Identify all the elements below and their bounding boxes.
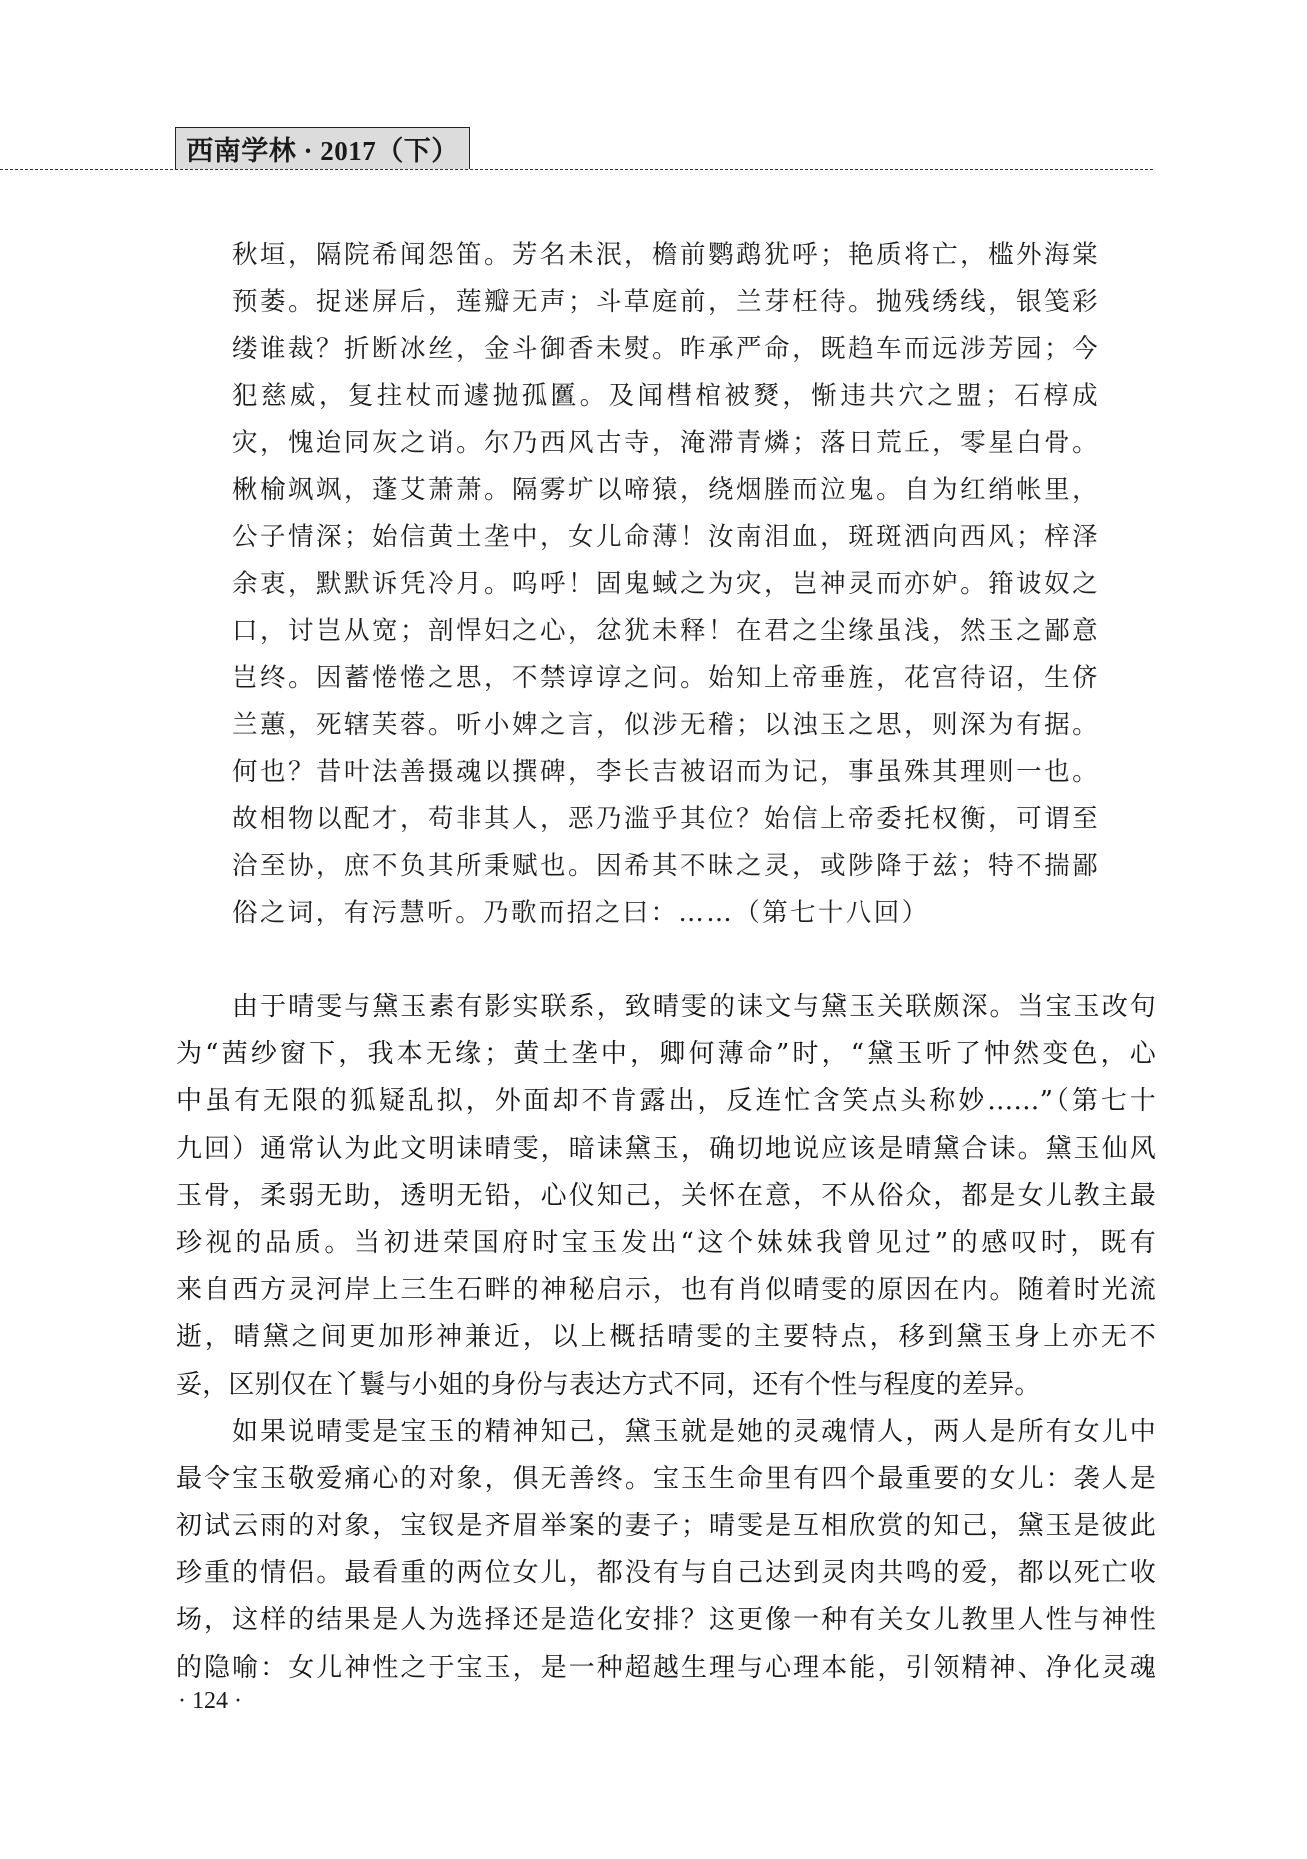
quote-line: 余衷，默默诉凭冷月。呜呼！固鬼蜮之为灾，岂神灵而亦妒。箝诐奴之 (232, 561, 1100, 608)
body-line: 珍视的品质。当初进荣国府时宝玉发出“这个妹妹我曾见过”的感叹时，既有 (176, 1220, 1156, 1267)
body-line: 为“茜纱窗下，我本无缘；黄土垄中，卿何薄命”时，“黛玉听了忡然变色，心 (176, 1031, 1156, 1078)
quote-line: 楸榆飒飒，蓬艾萧萧。隔雾圹以啼猿，绕烟塍而泣鬼。自为红绡帐里， (232, 467, 1100, 514)
quote-line: 缕谁裁？折断冰丝，金斗御香未熨。昨承严命，既趋车而远涉芳园；今 (232, 326, 1100, 373)
body-line: 最令宝玉敬爱痛心的对象，俱无善终。宝玉生命里有四个最重要的女儿：袭人是 (176, 1456, 1156, 1503)
body-line: 由于晴雯与黛玉素有影实联系，致晴雯的诔文与黛玉关联颇深。当宝玉改句 (176, 984, 1156, 1031)
journal-title: 西南学林 · 2017（下） (186, 129, 459, 168)
body-line: 场，这样的结果是人为选择还是造化安排？这更像一种有关女儿教里人性与神性 (176, 1597, 1156, 1644)
quote-line: 犯慈威，复拄杖而遽抛孤匶。及闻槥棺被燹，惭违共穴之盟；石椁成 (232, 373, 1100, 420)
quote-line: 岂终。因蓄惓惓之思，不禁谆谆之问。始知上帝垂旌，花宫待诏，生侪 (232, 655, 1100, 702)
body-line: 玉骨，柔弱无助，透明无铅，心仪知己，关怀在意，不从俗众，都是女儿教主最 (176, 1173, 1156, 1220)
quote-line: 俗之词，有污慧听。乃歌而招之曰：……（第七十八回） (232, 890, 1100, 937)
page-number: · 124 · (178, 1688, 242, 1715)
quote-line: 灾，愧迨同灰之诮。尔乃西风古寺，淹滞青燐；落日荒丘，零星白骨。 (232, 420, 1100, 467)
body-line: 珍重的情侣。最看重的两位女儿，都没有与自己达到灵肉共鸣的爱，都以死亡收 (176, 1550, 1156, 1597)
paragraph-2: 如果说晴雯是宝玉的精神知己，黛玉就是她的灵魂情人，两人是所有女儿中 最令宝玉敬爱… (176, 1409, 1156, 1692)
quote-line: 公子情深；始信黄土垄中，女儿命薄！汝南泪血，斑斑洒向西风；梓泽 (232, 514, 1100, 561)
body-line: 妥，区别仅在丫鬟与小姐的身份与表达方式不同，还有个性与程度的差异。 (176, 1362, 1156, 1409)
body-text: 由于晴雯与黛玉素有影实联系，致晴雯的诔文与黛玉关联颇深。当宝玉改句 为“茜纱窗下… (176, 984, 1156, 1692)
quote-line: 故相物以配才，苟非其人，恶乃滥乎其位？始信上帝委托权衡，可谓至 (232, 796, 1100, 843)
journal-title-box: 西南学林 · 2017（下） (175, 127, 470, 169)
body-line: 的隐喻：女儿神性之于宝玉，是一种超越生理与心理本能，引领精神、净化灵魂 (176, 1645, 1156, 1692)
quote-line: 预萎。捉迷屏后，莲瓣无声；斗草庭前，兰芽枉待。抛残绣线，银笺彩 (232, 279, 1100, 326)
quote-line: 洽至协，庶不负其所秉赋也。因希其不昧之灵，或陟降于兹；特不揣鄙 (232, 843, 1100, 890)
quote-line: 何也？昔叶法善摄魂以撰碑，李长吉被诏而为记，事虽殊其理则一也。 (232, 749, 1100, 796)
body-line: 逝，晴黛之间更加形神兼近，以上概括晴雯的主要特点，移到黛玉身上亦无不 (176, 1314, 1156, 1361)
body-line: 九回）通常认为此文明诔晴雯，暗诔黛玉，确切地说应该是晴黛合诔。黛玉仙风 (176, 1126, 1156, 1173)
quote-line: 兰蕙，死辖芙蓉。听小婢之言，似涉无稽；以浊玉之思，则深为有据。 (232, 702, 1100, 749)
body-line: 中虽有无限的狐疑乱拟，外面却不肯露出，反连忙含笑点头称妙……”（第七十 (176, 1078, 1156, 1125)
body-line: 如果说晴雯是宝玉的精神知己，黛玉就是她的灵魂情人，两人是所有女儿中 (176, 1409, 1156, 1456)
paragraph-1: 由于晴雯与黛玉素有影实联系，致晴雯的诔文与黛玉关联颇深。当宝玉改句 为“茜纱窗下… (176, 984, 1156, 1409)
running-head-dashed-rule (0, 169, 1153, 170)
body-line: 来自西方灵河岸上三生石畔的神秘启示，也有肖似晴雯的原因在内。随着时光流 (176, 1267, 1156, 1314)
body-line: 初试云雨的对象，宝钗是齐眉举案的妻子；晴雯是互相欣赏的知己，黛玉是彼此 (176, 1503, 1156, 1550)
quoted-eulogy-block: 秋垣，隔院希闻怨笛。芳名未泯，檐前鹦鹉犹呼；艳质将亡，槛外海棠 预萎。捉迷屏后，… (232, 232, 1100, 937)
quote-line: 秋垣，隔院希闻怨笛。芳名未泯，檐前鹦鹉犹呼；艳质将亡，槛外海棠 (232, 232, 1100, 279)
quote-line: 口，讨岂从宽；剖悍妇之心，忿犹未释！在君之尘缘虽浅，然玉之鄙意 (232, 608, 1100, 655)
